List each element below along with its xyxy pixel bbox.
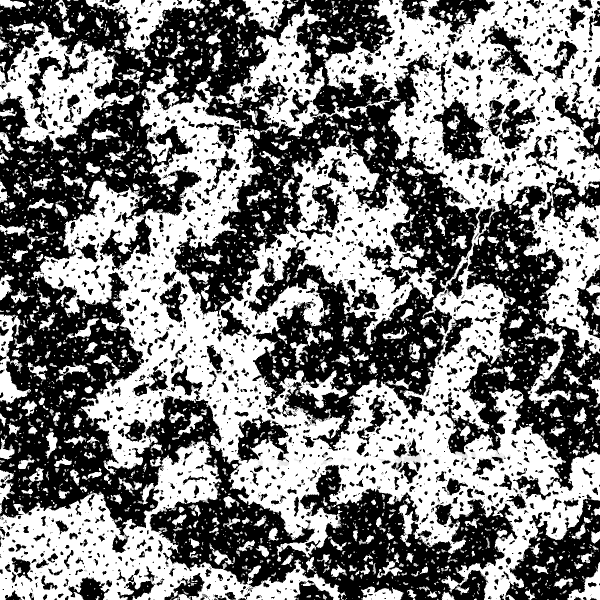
texture-layer-white-grain	[0, 0, 600, 600]
grunge-texture-canvas	[0, 0, 600, 600]
grunge-texture-image	[0, 0, 600, 600]
